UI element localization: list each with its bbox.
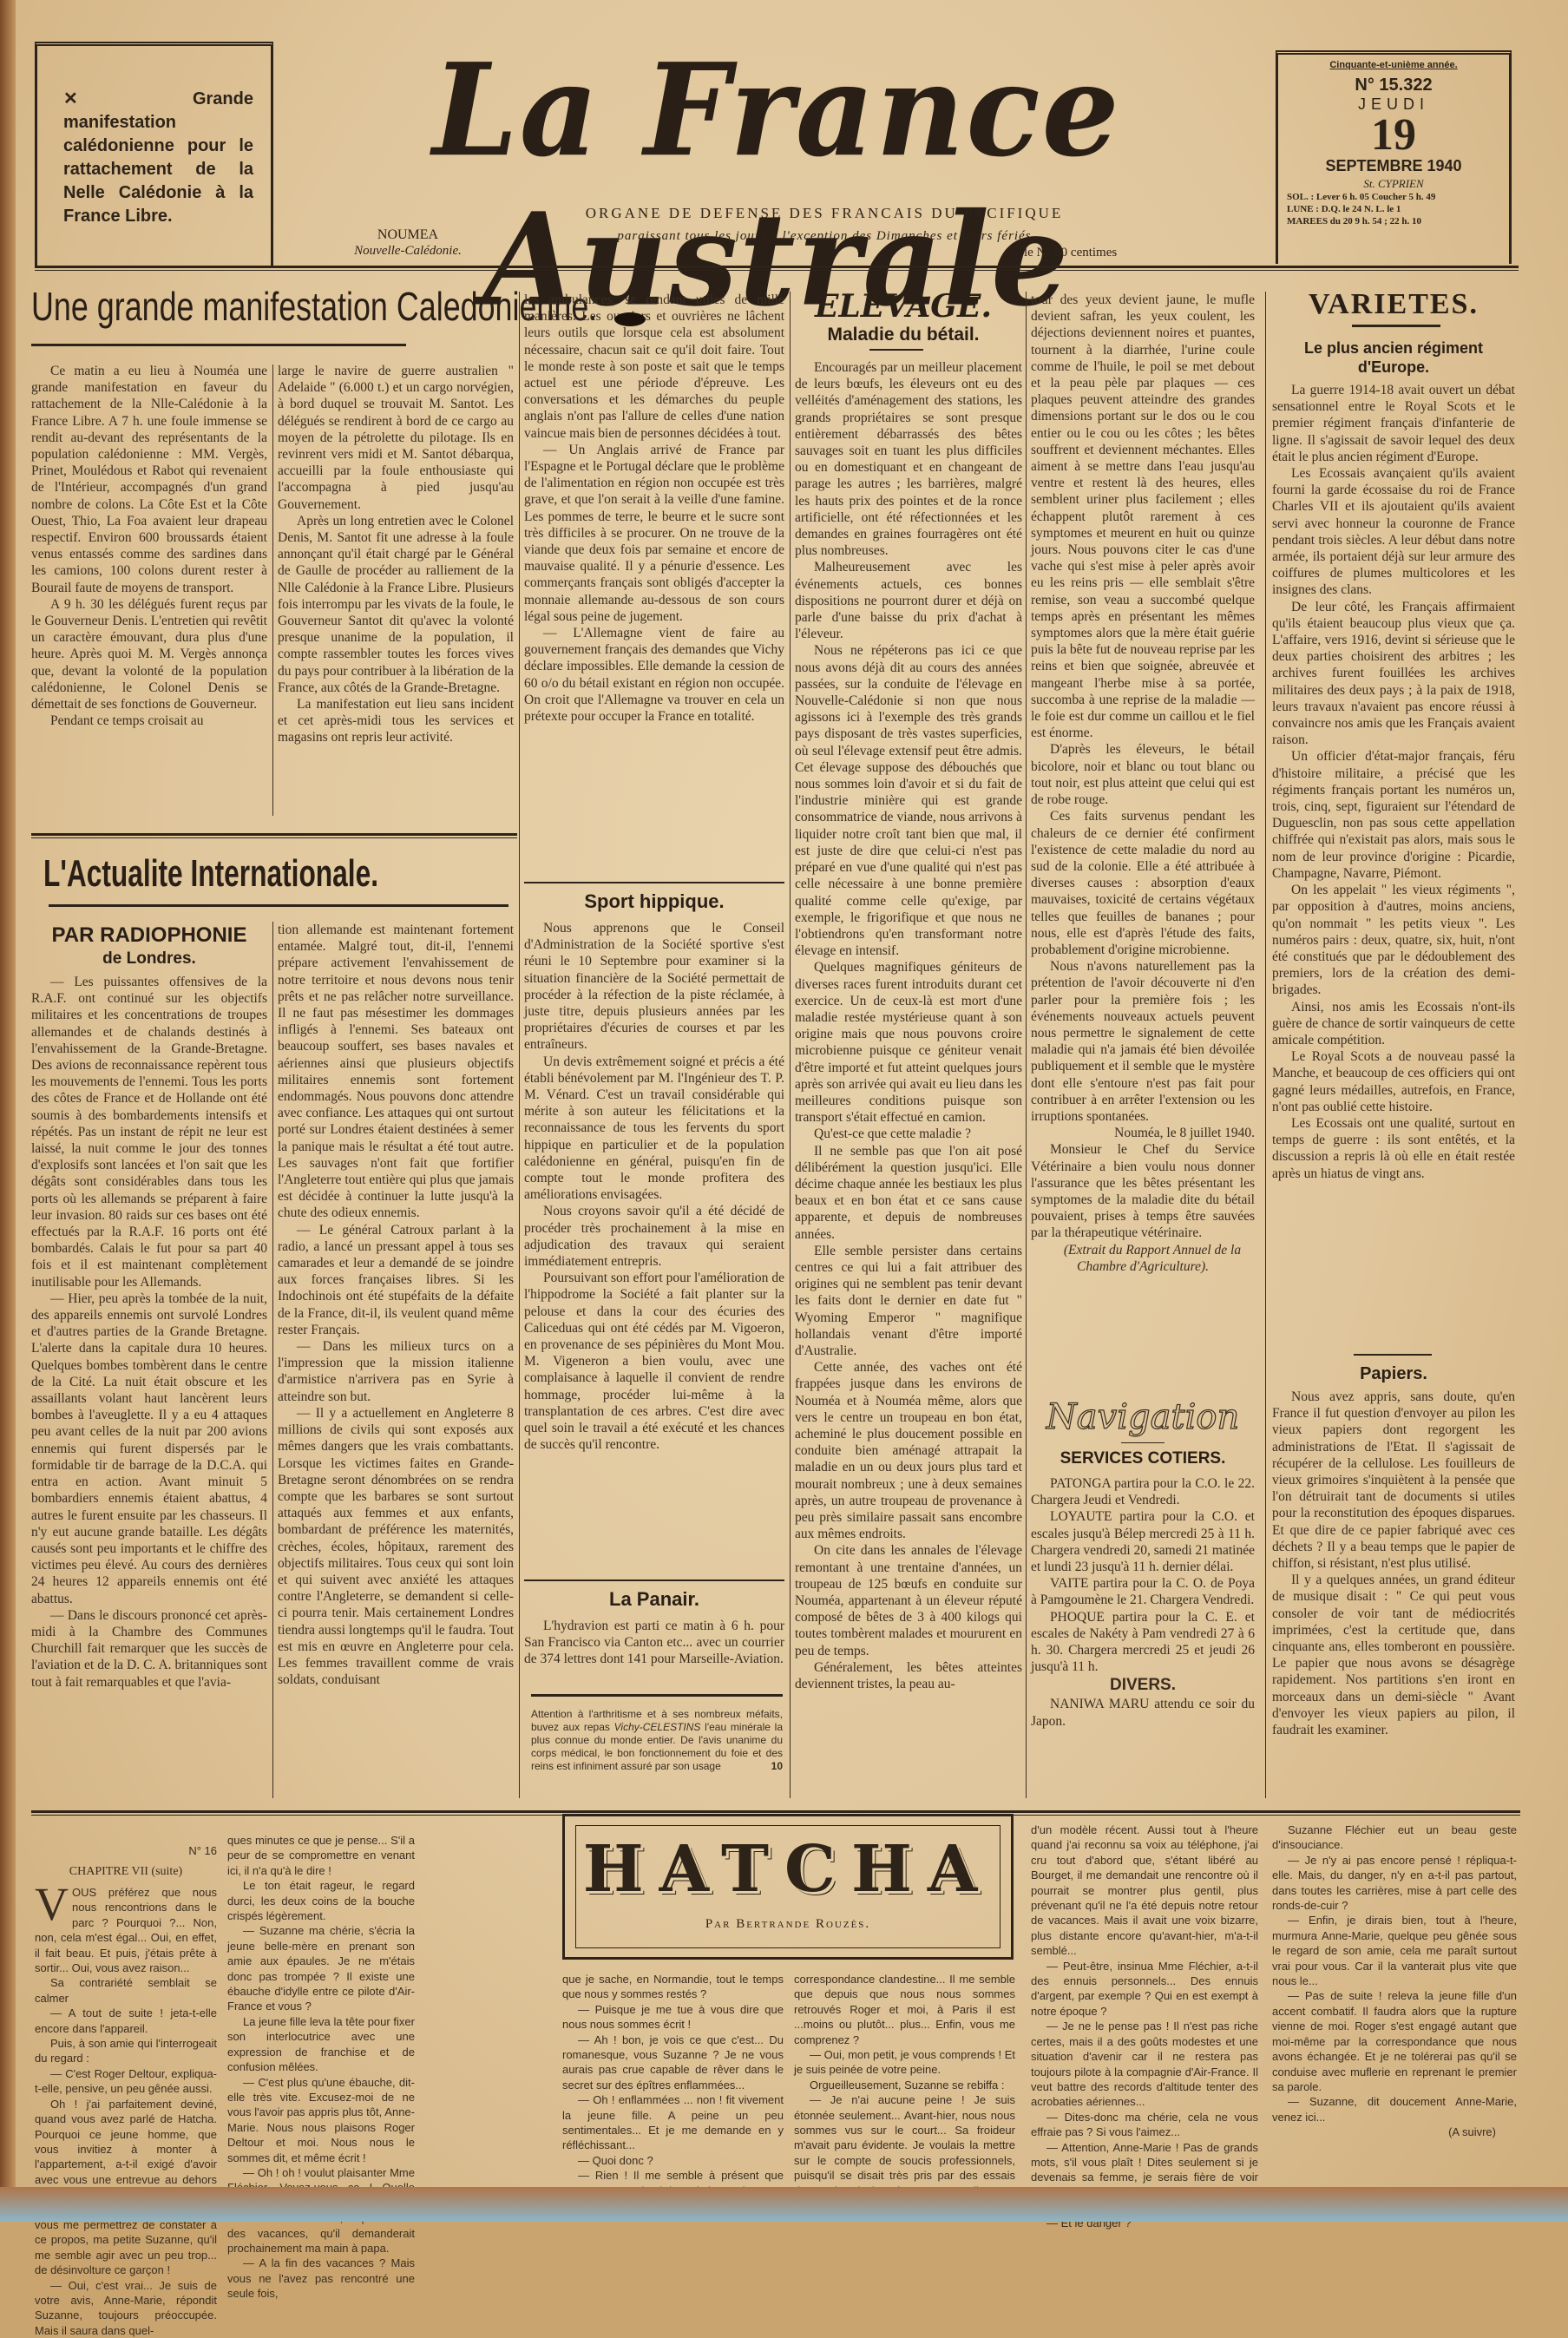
city-name: NOUMEA xyxy=(330,227,486,243)
paragraph: Pendant ce temps croisait au xyxy=(31,713,267,729)
paragraph: Poursuivant son effort pour l'améliorati… xyxy=(524,1270,784,1453)
feuilleton-col2: ques minutes ce que je pense... S'il a p… xyxy=(227,1833,415,2222)
headline-actualite: L'Actualite Internationale. xyxy=(43,852,378,896)
column-rule xyxy=(790,292,791,1798)
column-rule xyxy=(1265,292,1266,1798)
publication-note: paraissant tous les jours à l'exception … xyxy=(486,229,1163,244)
headline-panair: La Panair. xyxy=(524,1588,784,1611)
masthead-rule xyxy=(35,266,1519,271)
paragraph: — A tout de suite ! jeta-t-elle encore d… xyxy=(35,2006,217,2036)
newspaper-page: ✕ Grande manifestation calédonienne pour… xyxy=(0,0,1568,2222)
paragraph: Suzanne Fléchier eut un beau geste d'ins… xyxy=(1272,1822,1517,1853)
issue-number: N° 15.322 xyxy=(1278,76,1509,95)
actualite-col3: les ambulances, se rendant utiles de mil… xyxy=(524,292,784,725)
papiers-article: Nous avez appris, sans doute, qu'en Fran… xyxy=(1272,1389,1515,1738)
feuilleton-col3: que je sache, en Normandie, tout le temp… xyxy=(562,1972,784,2198)
paragraph: — Enfin, je dirais bien, tout à l'heure,… xyxy=(1272,1913,1517,1988)
subhead-regiment: Le plus ancien régiment d'Europe. xyxy=(1272,338,1515,377)
headline-rule xyxy=(1352,325,1440,327)
subhead-maladie: Maladie du bétail. xyxy=(795,325,1012,345)
paragraph: A 9 h. 30 les délégués furent reçus par … xyxy=(31,596,267,713)
paragraph: La manifestation eut lieu sans incident … xyxy=(278,696,514,746)
masthead-city: NOUMEA Nouvelle-Calédonie. xyxy=(330,227,486,259)
sport-article: Nous apprenons que le Conseil d'Administ… xyxy=(524,920,784,1454)
paragraph: Il y a quelques années, un grand éditeur… xyxy=(1272,1572,1515,1738)
shipping-item: PATONGA partira pour la C.O. le 22. Char… xyxy=(1031,1475,1255,1508)
tide-times: MAREES du 20 9 h. 54 ; 22 h. 10 xyxy=(1278,215,1509,227)
headline-elevage: ELEVAGE. xyxy=(795,288,1012,325)
paragraph: — Quoi donc ? xyxy=(562,2153,784,2168)
paragraph: Cette année, des vaches ont été frappées… xyxy=(795,1359,1022,1542)
headline-manifestation: Une grande manifestation Caledonienne. xyxy=(31,283,597,330)
paragraph: La guerre 1914-18 avait ouvert un débat … xyxy=(1272,382,1515,465)
paragraph: — C'est Roger Deltour, expliqua-t-elle, … xyxy=(35,2066,217,2097)
paragraph: tion allemande est maintenant fortement … xyxy=(278,922,514,1222)
varietes-article: La guerre 1914-18 avait ouvert un débat … xyxy=(1272,382,1515,1182)
manifestation-col2: large le navire de guerre australien " A… xyxy=(278,363,514,746)
drop-cap: V xyxy=(35,1885,69,1923)
feuilleton-col6: Suzanne Fléchier eut un beau geste d'ins… xyxy=(1272,1822,1517,2140)
paragraph: On les appelait " les vieux régiments ",… xyxy=(1272,882,1515,998)
paragraph: Malheureusement avec les événements actu… xyxy=(795,559,1022,642)
shipping-item: PHOQUE partira pour la C. E. et escales … xyxy=(1031,1609,1255,1676)
headline-rule xyxy=(49,904,508,907)
paragraph: Nous croyons savoir qu'il a été décidé d… xyxy=(524,1203,784,1270)
actualite-col1: — Les puissantes offensives de la R.A.F.… xyxy=(31,974,267,1691)
feuilleton-col1: V OUS préférez que nous nous rencontrion… xyxy=(35,1885,217,2222)
issue-price: le N° 50 centimes xyxy=(1024,246,1197,260)
paragraph: Les Ecossais avançaient qu'ils avaient f… xyxy=(1272,465,1515,599)
source-note: (Extrait du Rapport Annuel de la Chambre… xyxy=(1031,1242,1255,1275)
paragraph: large le navire de guerre australien " A… xyxy=(278,363,514,513)
paragraph: — Le général Catroux parlant à la radio,… xyxy=(278,1222,514,1338)
shipping-item: VAITE partira pour la C. O. de Poya à Pa… xyxy=(1031,1575,1255,1608)
moon-phase: LUNE : D.Q. le 24 N. L. le 1 xyxy=(1278,203,1509,215)
paragraph: Quelques magnifiques géniteurs de divers… xyxy=(795,959,1022,1126)
paragraph: Un devis extrêmement soigné et précis a … xyxy=(524,1054,784,1204)
elevage-col1: Encouragés par un meilleur placement de … xyxy=(795,359,1022,1692)
month-year: SEPTEMBRE 1940 xyxy=(1278,157,1509,175)
paragraph: Ces faits survenus pendant les chaleurs … xyxy=(1031,808,1255,958)
to-be-continued: (A suivre) xyxy=(1272,2125,1517,2139)
paragraph: Nous apprenons que le Conseil d'Administ… xyxy=(524,920,784,1054)
paragraph: Elle semble persister dans certains cent… xyxy=(795,1243,1022,1359)
paragraph: correspondance clandestine... Il me semb… xyxy=(794,1972,1015,2047)
paragraph: — Dans le discours prononcé cet après-mi… xyxy=(31,1607,267,1691)
feuilleton-title-box: HATCHA Par Bertrande Rouzès. xyxy=(562,1814,1014,1960)
column-rule xyxy=(1026,292,1027,1798)
paragraph: Encouragés par un meilleur placement de … xyxy=(795,359,1022,559)
year-of-publication: Cinquante-et-unième année. xyxy=(1278,60,1509,70)
paragraph: Puis, à son amie qui l'interrogeait du r… xyxy=(35,2036,217,2066)
paragraph: Qu'est-ce que cette maladie ? xyxy=(795,1126,1022,1142)
paragraph: — Un Anglais arrivé de France par l'Espa… xyxy=(524,442,784,625)
paragraph: Le ton était rageur, le regard durci, le… xyxy=(227,1878,415,1923)
paragraph: — L'Allemagne vient de faire au gouverne… xyxy=(524,625,784,725)
page-edge xyxy=(0,0,16,2222)
paragraph: Orgueilleusement, Suzanne se rebiffa : xyxy=(794,2078,1015,2092)
chapter-heading: CHAPITRE VII (suite) xyxy=(35,1864,217,1879)
paragraph: Ce matin a eu lieu à Nouméa une grande m… xyxy=(31,363,267,596)
paragraph: que je sache, en Normandie, tout le temp… xyxy=(562,1972,784,2002)
paragraph: — Je n'ai aucune peine ! Je suis étonnée… xyxy=(794,2092,1015,2198)
saint-of-day: St. CYPRIEN xyxy=(1278,177,1509,191)
paragraph: Un officier d'état-major français, féru … xyxy=(1272,748,1515,882)
paragraph: — Dites-donc ma chérie, cela ne vous eff… xyxy=(1031,2110,1258,2140)
paragraph: Nous n'avons naturellement pas la préten… xyxy=(1031,958,1255,1125)
paragraph: — Hier, peu après la tombée de la nuit, … xyxy=(31,1290,267,1607)
kicker-londres: de Londres. xyxy=(31,949,267,969)
navigation-list: PATONGA partira pour la C.O. le 22. Char… xyxy=(1031,1475,1255,1730)
paragraph: Monsieur le Chef du Service Vétérinaire … xyxy=(1031,1141,1255,1241)
feuilleton-author: Par Bertrande Rouzès. xyxy=(565,1917,1011,1932)
paragraph: — Puisque je me tue à vous dire que nous… xyxy=(562,2002,784,2033)
region-name: Nouvelle-Calédonie. xyxy=(330,243,486,259)
ear-left-text: ✕ Grande manifestation calédonienne pour… xyxy=(63,88,253,228)
torn-page-edge xyxy=(0,2187,1568,2222)
headline-papiers: Papiers. xyxy=(1272,1364,1515,1384)
subhead-divers: DIVERS. xyxy=(1031,1675,1255,1696)
subhead-rule xyxy=(869,349,923,351)
column-rule xyxy=(519,292,520,1798)
ad-brand: Vichy-CELESTINS xyxy=(614,1721,701,1733)
paragraph: — C'est plus qu'une ébauche, dit-elle tr… xyxy=(227,2075,415,2165)
panair-article: L'hydravion est parti ce matin à 6 h. po… xyxy=(524,1618,784,1668)
kicker-radiophonie: PAR RADIOPHONIE xyxy=(31,923,267,948)
section-rule xyxy=(524,1579,784,1581)
column-rule xyxy=(272,364,273,816)
paragraph: Il ne semble pas que l'on ait posé délib… xyxy=(795,1143,1022,1243)
paragraph: ques minutes ce que je pense... S'il a p… xyxy=(227,1833,415,1878)
headline-varietes: VARIETES. xyxy=(1272,288,1515,321)
paragraph: d'un modèle récent. Aussi tout à l'heure… xyxy=(1031,1822,1258,1959)
paragraph: — Je n'y ai pas encore pensé ! répliqua-… xyxy=(1272,1853,1517,1914)
feuilleton-col4: correspondance clandestine... Il me semb… xyxy=(794,1972,1015,2198)
ink-stain xyxy=(614,312,646,326)
shipping-item: NANIWA MARU attendu ce soir du Japon. xyxy=(1031,1696,1255,1729)
feuilleton-title: HATCHA xyxy=(565,1832,1011,1907)
paragraph: Après un long entretien avec le Colonel … xyxy=(278,513,514,696)
paragraph: — Oui, mon petit, je vous comprends ! Et… xyxy=(794,2047,1015,2078)
section-rule xyxy=(1354,1354,1432,1356)
shipping-item: LOYAUTE partira pour la C.O. et escales … xyxy=(1031,1508,1255,1575)
headline-sport: Sport hippique. xyxy=(524,890,784,913)
paragraph: — Je ne le pense pas ! Il n'est pas rich… xyxy=(1031,2019,1258,2109)
paragraph: — Suzanne ma chérie, s'écria la jeune be… xyxy=(227,1923,415,2013)
masthead-right-ear: Cinquante-et-unième année. N° 15.322 JEU… xyxy=(1276,50,1512,264)
subhead-services-cotiers: SERVICES COTIERS. xyxy=(1031,1449,1255,1468)
elevage-col2: tour des yeux devient jaune, le mufle de… xyxy=(1031,292,1255,1275)
paragraph: D'après les éleveurs, le bétail bicolore… xyxy=(1031,741,1255,808)
column-rule xyxy=(272,922,273,1798)
paragraph: Ainsi, nos amis les Ecossais n'ont-ils g… xyxy=(1272,999,1515,1049)
headline-navigation: Navigation xyxy=(1031,1397,1255,1437)
section-rule xyxy=(31,833,517,838)
episode-number: N° 16 xyxy=(188,1844,217,1857)
paragraph: — Oh ! enflammées ... non ! fit vivement… xyxy=(562,2092,784,2153)
feuilleton-col5: d'un modèle récent. Aussi tout à l'heure… xyxy=(1031,1822,1258,2222)
vichy-advert: Attention à l'arthritisme et à ses nombr… xyxy=(531,1708,783,1773)
paragraph: Le Royal Scots a de nouveau passé la Man… xyxy=(1272,1048,1515,1115)
paragraph: — Il y a actuellement en Angleterre 8 mi… xyxy=(278,1405,514,1688)
manifestation-col1: Ce matin a eu lieu à Nouméa une grande m… xyxy=(31,363,267,729)
ad-rule xyxy=(531,1694,783,1697)
day-of-month: 19 xyxy=(1278,114,1509,157)
subhead-rule xyxy=(1121,1442,1165,1443)
ad-number: 10 xyxy=(771,1760,783,1773)
paragraph: — Dans les milieux turcs on a l'impressi… xyxy=(278,1338,514,1405)
paragraph: Les Ecossais ont une qualité, surtout en… xyxy=(1272,1115,1515,1182)
paragraph: De leur côté, les Français affirmaient q… xyxy=(1272,599,1515,749)
paragraph: Nous ne répéterons pas ici ce que nous a… xyxy=(795,642,1022,959)
paragraph: — Pas de suite ! releva la jeune fille d… xyxy=(1272,1988,1517,2094)
masthead-left-ear: ✕ Grande manifestation calédonienne pour… xyxy=(35,42,273,266)
paragraph: On cite dans les annales de l'élevage re… xyxy=(795,1542,1022,1658)
headline-rule xyxy=(31,344,406,346)
paragraph: L'hydravion est parti ce matin à 6 h. po… xyxy=(524,1618,784,1668)
paragraph: — Les puissantes offensives de la R.A.F.… xyxy=(31,974,267,1290)
actualite-col2: tion allemande est maintenant fortement … xyxy=(278,922,514,1688)
paragraph: Généralement, les bêtes atteintes devien… xyxy=(795,1659,1022,1692)
paragraph: les ambulances, se rendant utiles de mil… xyxy=(524,292,784,442)
paragraph: tour des yeux devient jaune, le mufle de… xyxy=(1031,292,1255,741)
feuilleton-number: N° 16 xyxy=(35,1843,217,1858)
sun-times: SOL. : Lever 6 h. 05 Coucher 5 h. 49 xyxy=(1278,191,1509,203)
paragraph: — Suzanne, dit doucement Anne-Marie, ven… xyxy=(1272,2094,1517,2125)
paragraph: Nous avez appris, sans doute, qu'en Fran… xyxy=(1272,1389,1515,1572)
paragraph: — Ah ! bon, je vois ce que c'est... Du r… xyxy=(562,2033,784,2093)
masthead-subtitle: ORGANE DE DEFENSE DES FRANCAIS DU PACIFI… xyxy=(486,205,1163,222)
section-rule xyxy=(524,882,784,883)
paragraph: — Peut-être, insinua Mme Fléchier, a-t-i… xyxy=(1031,1959,1258,2019)
paragraph: La jeune fille leva la tête pour fixer s… xyxy=(227,2014,415,2075)
dateline: Nouméa, le 8 juillet 1940. xyxy=(1031,1125,1255,1141)
paragraph: Sa contrariété semblait se calmer xyxy=(35,1975,217,2006)
